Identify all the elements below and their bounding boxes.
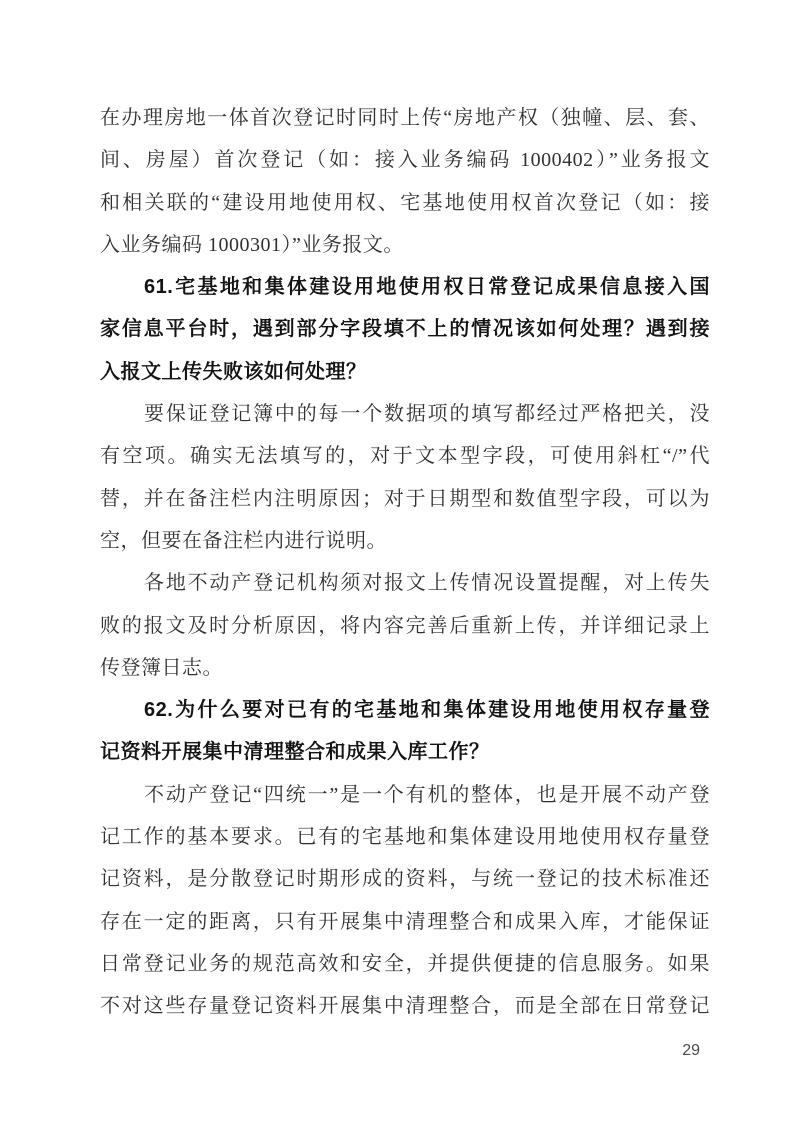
body-line: 存在一定的距离，只有开展集中清理整合和成果入库，才能保证 <box>100 901 710 943</box>
body-line: 间、房屋）首次登记（如：接入业务编码 1000402）”业务报文 <box>100 139 710 181</box>
question-62-heading-line: 记资料开展集中清理整合和成果入库工作？ <box>100 731 710 773</box>
body-line: 记工作的基本要求。已有的宅基地和集体建设用地使用权存量登 <box>100 816 710 858</box>
body-line: 入业务编码 1000301）”业务报文。 <box>100 224 710 266</box>
body-line: 败的报文及时分析原因，将内容完善后重新上传，并详细记录上 <box>100 605 710 647</box>
body-line: 记资料，是分散登记时期形成的资料，与统一登记的技术标准还 <box>100 858 710 900</box>
body-line: 各地不动产登记机构须对报文上传情况设置提醒，对上传失 <box>100 562 710 604</box>
body-line: 和相关联的“建设用地使用权、宅基地使用权首次登记（如：接 <box>100 182 710 224</box>
body-line: 不动产登记“四统一”是一个有机的整体，也是开展不动产登 <box>100 774 710 816</box>
body-line: 要保证登记簿中的每一个数据项的填写都经过严格把关，没 <box>100 393 710 435</box>
body-line: 在办理房地一体首次登记时同时上传“房地产权（独幢、层、套、 <box>100 97 710 139</box>
body-line: 有空项。确实无法填写的，对于文本型字段，可使用斜杠“/”代 <box>100 435 710 477</box>
body-line: 替，并在备注栏内注明原因；对于日期型和数值型字段，可以为 <box>100 478 710 520</box>
body-line: 传登簿日志。 <box>100 647 710 689</box>
page-number: 29 <box>100 1042 700 1060</box>
question-62-heading-line: 62.为什么要对已有的宅基地和集体建设用地使用权存量登 <box>100 689 710 731</box>
text-block: 在办理房地一体首次登记时同时上传“房地产权（独幢、层、套、 间、房屋）首次登记（… <box>100 97 710 1028</box>
question-61-heading-line: 61.宅基地和集体建设用地使用权日常登记成果信息接入国 <box>100 266 710 308</box>
body-line: 日常登记业务的规范高效和安全，并提供便捷的信息服务。如果 <box>100 943 710 985</box>
document-page: 在办理房地一体首次登记时同时上传“房地产权（独幢、层、套、 间、房屋）首次登记（… <box>0 0 800 1131</box>
body-line: 空，但要在备注栏内进行说明。 <box>100 520 710 562</box>
question-61-heading-line: 家信息平台时，遇到部分字段填不上的情况该如何处理？遇到接 <box>100 308 710 350</box>
body-line: 不对这些存量登记资料开展集中清理整合，而是全部在日常登记 <box>100 985 710 1027</box>
question-61-heading-line: 入报文上传失败该如何处理？ <box>100 351 710 393</box>
